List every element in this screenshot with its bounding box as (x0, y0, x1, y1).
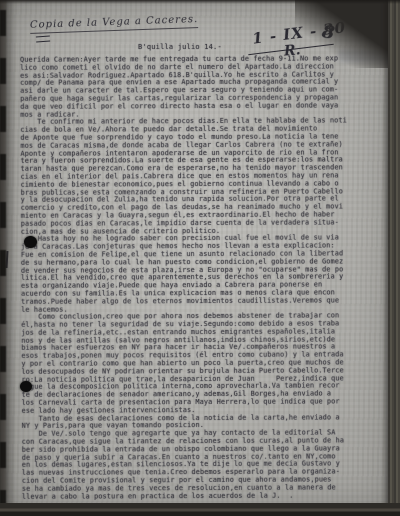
scan-edge-left-streak (0, 0, 6, 516)
letter-body: Querida Carmen:Ayer tarde me fue entrega… (20, 55, 394, 501)
paragraph-closing: De Ve/.solo tengo que agregarte que ya h… (22, 429, 394, 501)
paragraph-conclusion: Como conclusion,creo que por ahora nos d… (21, 312, 393, 415)
scan-edge-bottom (0, 503, 400, 516)
scanned-letter-page: Copia de la Vega a Caceres. 1 - IX - 30 … (0, 0, 400, 516)
letter-dateline: B'quilla julio 14.- (138, 43, 222, 51)
hole-punch-mark (20, 381, 32, 392)
paragraph-conjectures: Hasta hoy no he logrado saber con precis… (21, 235, 393, 315)
hole-punch-mark (24, 236, 37, 248)
scan-edge-top (0, 0, 400, 4)
paragraph-aponte-news: Te confirmo mi anterior de hace pocos di… (20, 118, 393, 237)
handwritten-flourish-mark (36, 36, 50, 43)
corner-shadow (295, 0, 400, 68)
scan-edge-right (388, 0, 400, 516)
